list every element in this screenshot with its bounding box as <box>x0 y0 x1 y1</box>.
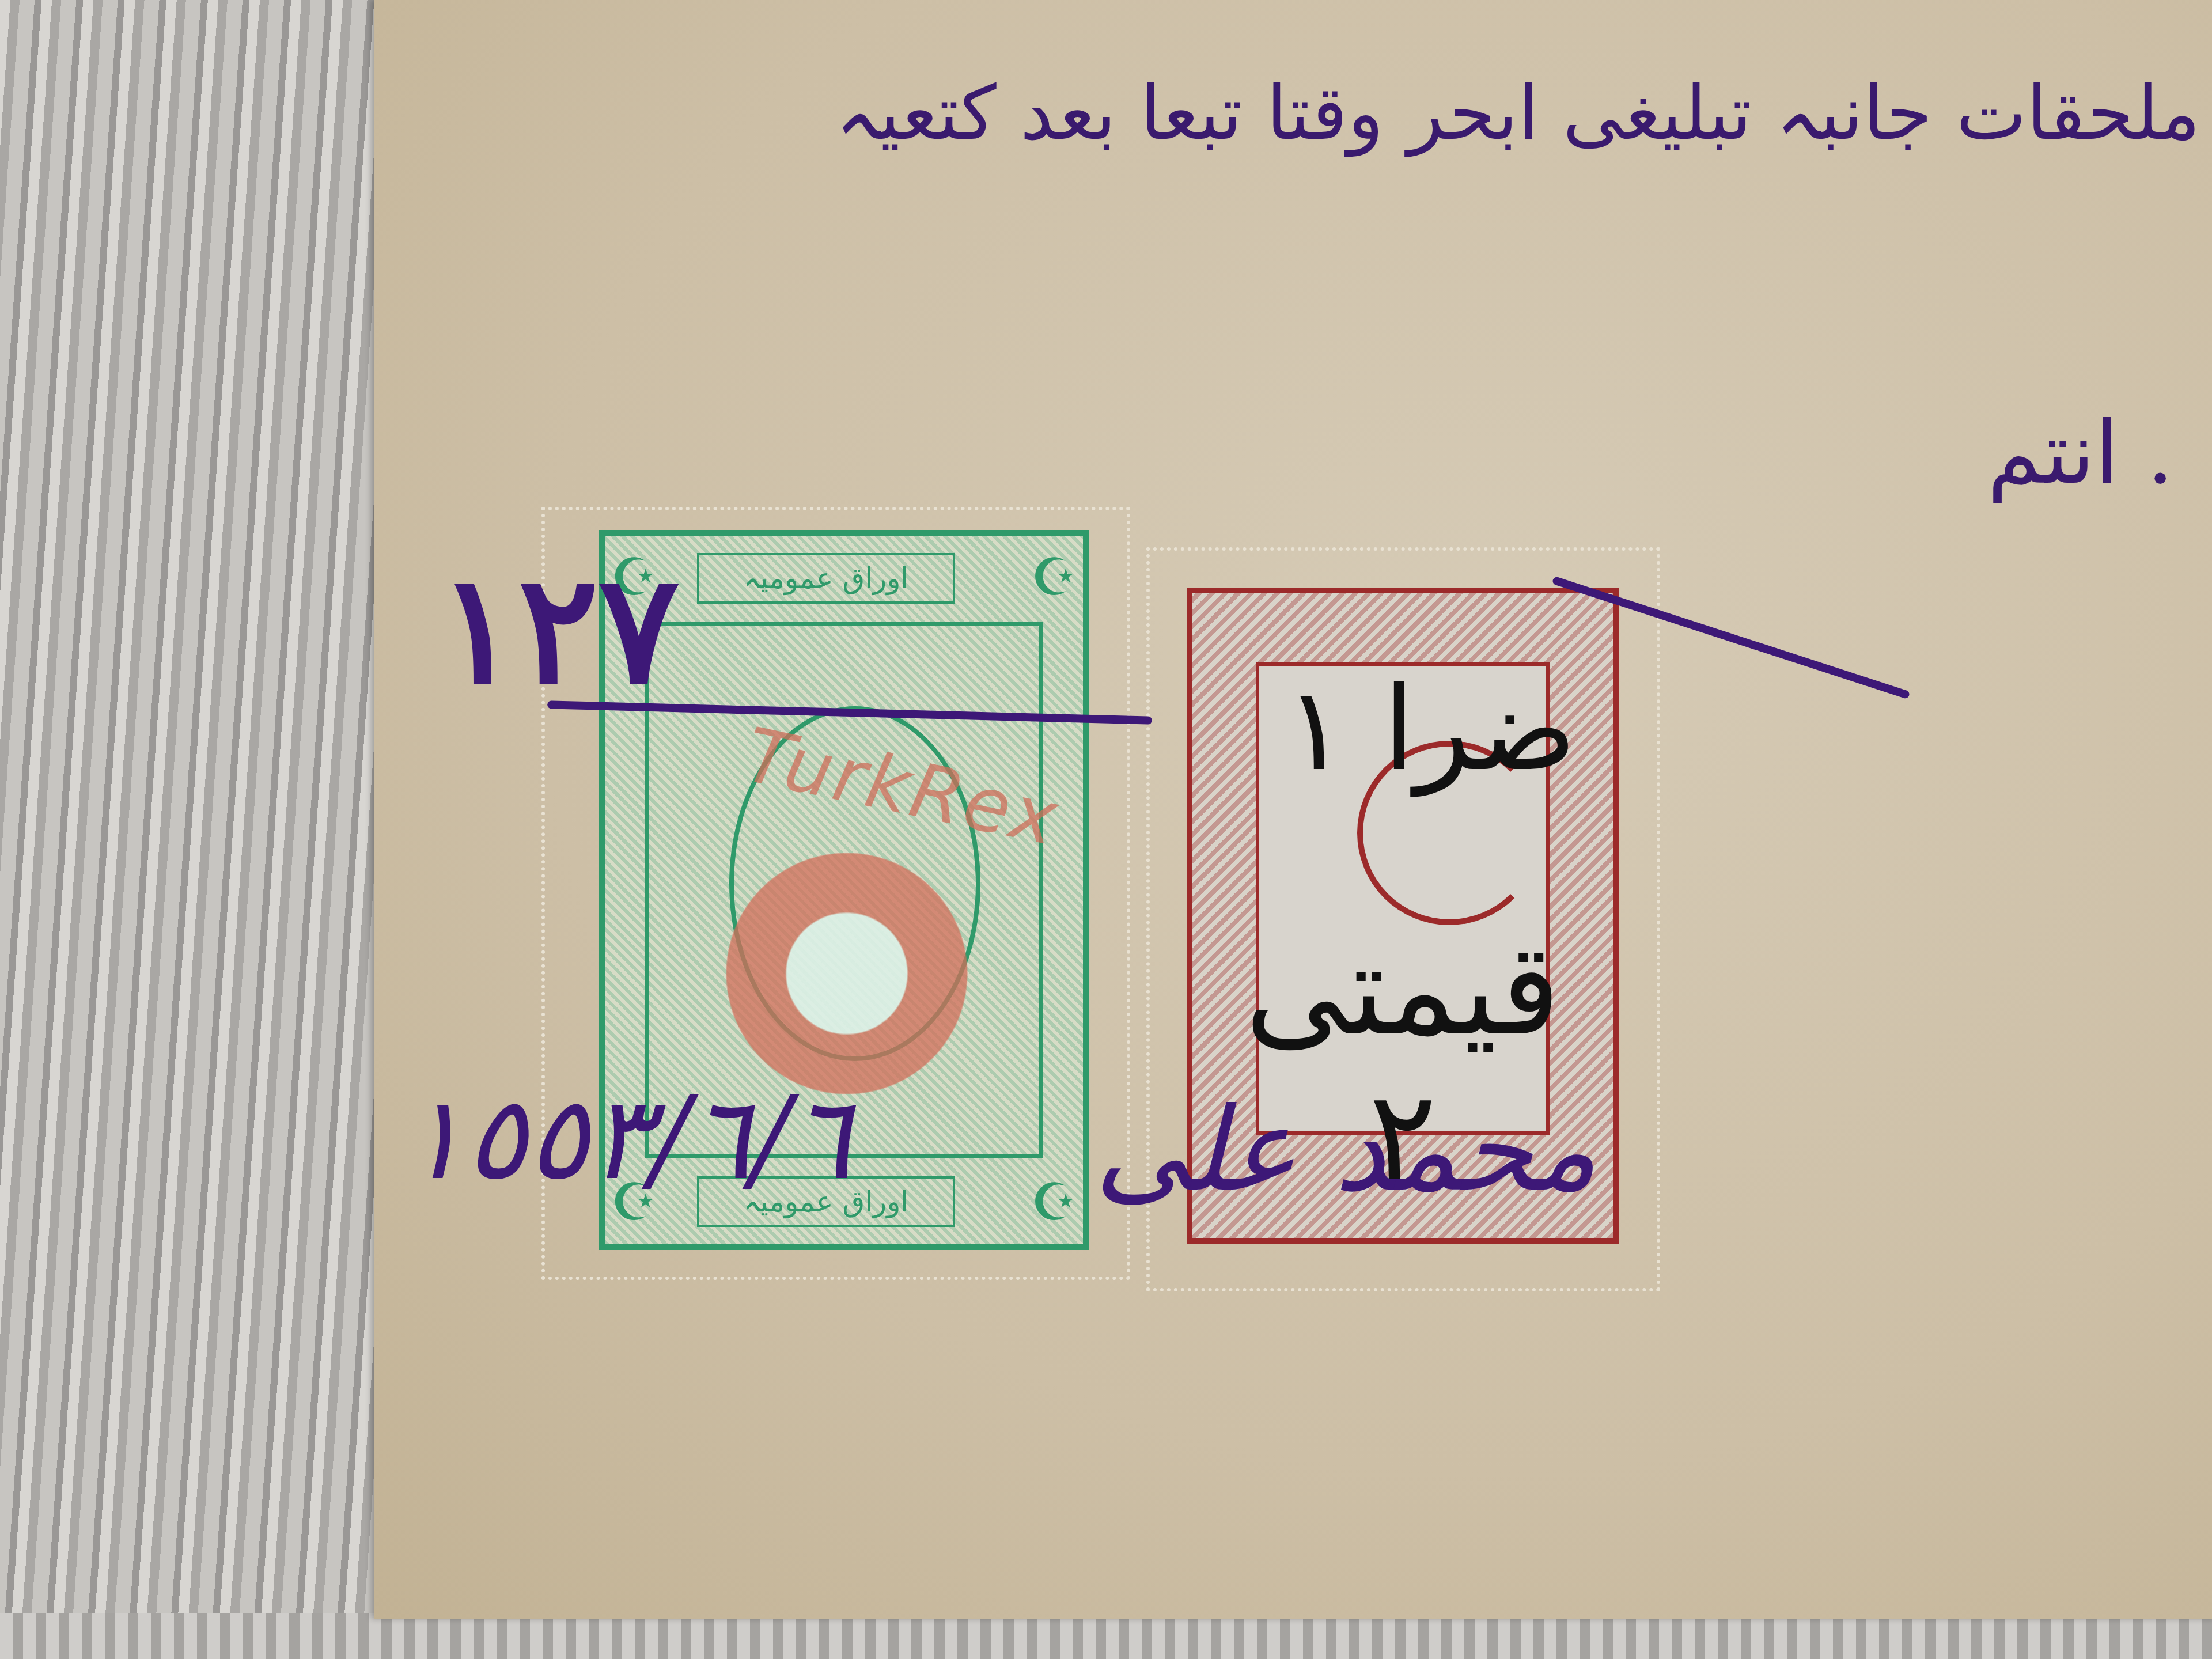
handwritten-number: ١٢٧ <box>438 541 679 717</box>
wood-surface-bottom <box>0 1613 2212 1659</box>
t-rex-logo-icon <box>726 853 968 1094</box>
crescent-star-icon: ☪ <box>1031 547 1077 608</box>
wood-surface <box>0 0 403 1659</box>
handwritten-line-2: انتم . <box>1987 403 2174 503</box>
stamp-overprint: ضرا ١ <box>1285 662 1577 797</box>
handwritten-date: ١٥٥٣/٦/٦ <box>403 1071 852 1206</box>
stamp-top-label: اوراق عمومیہ <box>697 553 955 604</box>
handwritten-signature: محمد علی <box>1094 1083 1597 1217</box>
crescent-star-icon: ☪ <box>1031 1172 1077 1233</box>
handwritten-line-1: ملحقات جانبہ تبلیغی ابحر وقتا تبعا بعد ک… <box>415 69 2200 157</box>
